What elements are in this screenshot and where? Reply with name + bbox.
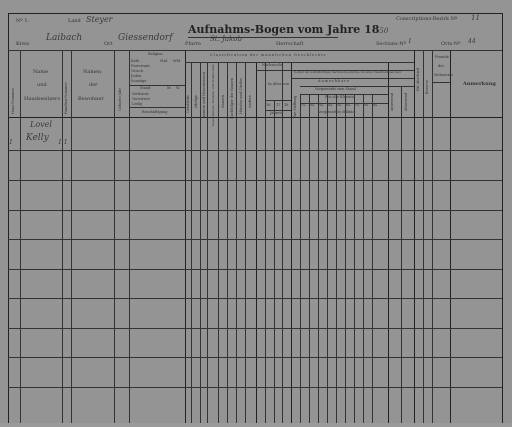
col-line: [265, 62, 266, 423]
house-number-cell: 1: [9, 140, 13, 146]
col-line: [207, 62, 208, 423]
header-bottom-rule: [8, 117, 502, 118]
classification-header: Classification der männlichen Geschlecht…: [210, 54, 326, 58]
col-line: [274, 100, 275, 423]
class-col: Beamte und Honoratioren: [202, 72, 206, 118]
col-line: [318, 94, 319, 423]
conscription-value: 11: [471, 15, 480, 22]
row-line: [8, 328, 502, 329]
top-border: [8, 13, 502, 14]
class-col: Mit Abschied: [416, 68, 420, 91]
class-col: Zur Stellung: [293, 96, 297, 118]
col-line: [401, 87, 402, 423]
col-line: [218, 62, 219, 423]
class-col: Gewerbsleute, Künstler und Studierende: [211, 64, 215, 126]
religion-row: Kath.: [131, 60, 140, 64]
col-line: [388, 62, 389, 423]
col-line: [191, 62, 192, 423]
row-line: [8, 387, 502, 388]
owner-last-name-cell: Kelly: [26, 134, 49, 143]
page-bottom-edge: [0, 423, 512, 427]
col-line: [245, 62, 246, 423]
col-line: [227, 62, 228, 423]
col-line: [327, 94, 328, 423]
owner-header-line3: Hausbesitzers: [24, 97, 60, 102]
stand-divider: [129, 107, 185, 108]
col-line: [336, 94, 337, 423]
remarks-header: Anmerkung: [463, 82, 496, 87]
col-line: [423, 50, 424, 423]
abwesend-header: Abwesend: [404, 93, 408, 111]
col-line: [200, 62, 201, 423]
col-line: [236, 62, 237, 423]
residents-header-line2: der: [89, 83, 98, 88]
age-intro: In Alter der wehrpflichtigen Nachwuchs g…: [294, 72, 401, 75]
year-col: 7te: [355, 105, 359, 108]
fremde-sub2: Wohnortes: [434, 74, 453, 78]
age-rule: [265, 100, 291, 101]
religion-col: Mnl.: [160, 60, 168, 64]
stand-row: Ledig: [132, 103, 142, 107]
residents-header-line3: Bewohner: [78, 97, 104, 102]
birth-year-header: Geburts-Jahr: [118, 88, 122, 111]
col-line: [450, 50, 451, 423]
row-line: [8, 180, 502, 181]
religion-row: Protestant.: [131, 65, 151, 69]
col-line: [62, 50, 63, 423]
col-line: [282, 62, 283, 423]
fremde-rule: [432, 82, 450, 83]
nachwuchs-header: Nachwuchs: [262, 64, 283, 68]
col-line: [300, 94, 301, 423]
year-col: 8te: [364, 105, 368, 108]
right-border: [502, 13, 503, 423]
col-line: [256, 62, 257, 423]
col-line: [363, 94, 364, 423]
col-line: [414, 50, 415, 423]
class-col: Häusler und Gärtler: [239, 78, 243, 114]
kreis-label: Kreis: [16, 42, 29, 47]
class-col: Reserve: [425, 80, 429, 94]
row-line: [8, 269, 502, 270]
col-line: [129, 50, 130, 423]
stand-col: M.: [167, 87, 172, 91]
owner-header-line2: und: [37, 83, 47, 88]
sections-label: Sections-Nº: [376, 42, 406, 47]
form-number: Nº 1.: [16, 19, 29, 24]
house-number-header: Haus-Nummer: [11, 88, 15, 114]
year-col: 3te: [319, 105, 323, 108]
religion-row: Juden: [131, 75, 141, 79]
sections-value: 1: [408, 39, 412, 45]
religion-col: Wbl.: [173, 60, 181, 64]
fremde-header: Fremde: [435, 56, 449, 60]
orts-label: Orts-Nº: [441, 42, 460, 47]
year-col: 4te: [328, 105, 332, 108]
row-line: [8, 239, 502, 240]
amts-rule: [291, 78, 414, 79]
religion-row: Sonstige: [131, 80, 146, 84]
anwesend-header: Anwesend: [390, 93, 394, 111]
kreis-value: Laibach: [46, 34, 82, 43]
land-label: Land: [68, 19, 81, 24]
classification-header-rule: [185, 62, 414, 63]
age-footer: Jahren: [270, 112, 282, 116]
pfarre-label: Pfarre: [185, 42, 201, 47]
conscription-label: Conscriptions-Bezirk Nº: [396, 17, 457, 22]
pfarre-value: St. Jakob: [210, 36, 242, 43]
year-col: 2te: [310, 105, 314, 108]
left-border: [8, 13, 9, 423]
col-line: [114, 50, 115, 423]
col-line: [20, 50, 21, 423]
class-col: Bauern: [221, 95, 225, 108]
class-col: Nachfolger der Bauern: [230, 78, 234, 119]
census-form-page: Nº 1. Land Steyer Aufnahms-Bogen vom Jah…: [0, 0, 512, 427]
form-title: Aufnahms-Bogen vom Jahre 1850: [188, 24, 388, 35]
owner-first-name-cell: Lovel: [30, 121, 52, 129]
class-col: Geistliche: [186, 95, 190, 113]
stand-row: Verwitwet: [132, 98, 150, 102]
fuer-alle-header: Für alle Klassen: [325, 96, 354, 100]
fremde-sub: des: [438, 65, 444, 69]
col-line: [309, 94, 310, 423]
age-col: 18: [284, 104, 288, 108]
religion-header: Religion: [148, 53, 163, 57]
herrschaft-label: Herrschaft: [276, 42, 304, 47]
year-col: 5te: [337, 105, 341, 108]
row-line: [8, 298, 502, 299]
nachwuchs-sub: In Alter von: [268, 83, 289, 87]
age-col: 17: [276, 104, 280, 108]
ort-value: Giessendorf: [118, 34, 173, 43]
year-suffix: 50: [379, 27, 388, 35]
col-line: [345, 94, 346, 423]
nachwuchs-rule: [256, 70, 291, 71]
religion-row: Griech.: [131, 70, 144, 74]
orts-value: 44: [468, 39, 476, 45]
age-col: 16: [266, 104, 270, 108]
header-divider: [8, 50, 502, 51]
stand-col: W.: [176, 87, 180, 91]
col-line: [291, 62, 292, 423]
year-col: 6te: [346, 105, 350, 108]
col-line: [432, 50, 433, 423]
family-number-header: Familien-Nummer: [64, 82, 68, 114]
vorgemerkt-header: Vorgemerkt zum Stand: [315, 88, 356, 92]
year-col: 9te: [373, 105, 377, 108]
col-line: [372, 94, 373, 423]
col-line: [71, 50, 72, 423]
class-col: Adelige: [194, 95, 198, 108]
land-value: Steyer: [86, 16, 113, 24]
amtsschrift-header: Aumerkbare: [318, 80, 350, 84]
class-col: Andere: [248, 95, 252, 108]
stand-header: Stand: [140, 87, 150, 91]
stand-row: Verheirat.: [132, 93, 150, 97]
ort-label: Ort: [104, 42, 113, 47]
row-line: [8, 357, 502, 358]
occupation-header: Beschäftigung: [142, 111, 168, 115]
col-line: [354, 94, 355, 423]
row-line: [8, 150, 502, 151]
row-line: [8, 210, 502, 211]
year-col: 1te: [301, 105, 305, 108]
row-marks: 1 1: [58, 140, 68, 146]
residents-header-line1: Namen: [83, 70, 101, 75]
owner-header-line1: Name: [33, 70, 48, 75]
militaer-header: Vorgemerkte Militär: [318, 111, 354, 115]
